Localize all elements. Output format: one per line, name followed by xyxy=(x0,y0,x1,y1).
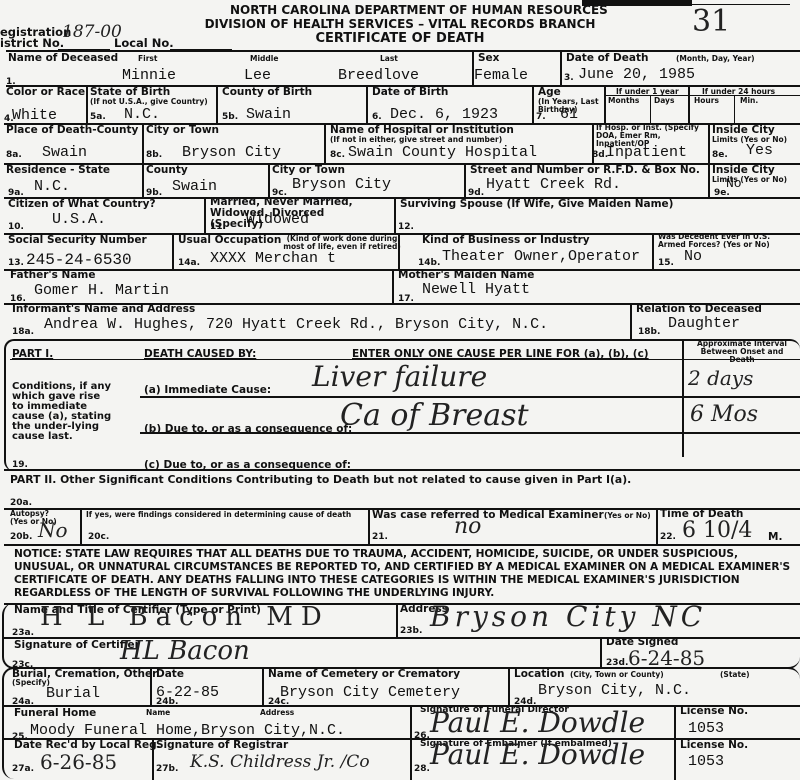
divider xyxy=(650,95,651,123)
cemetery-value: Bryson City Cemetery xyxy=(280,684,460,701)
race-value: White xyxy=(12,107,57,124)
field-number: 8e. xyxy=(712,150,728,160)
county-birth-value: Swain xyxy=(246,106,291,123)
cause-b-value: Ca of Breast xyxy=(340,398,529,433)
divider xyxy=(86,85,88,123)
field-number: 14a. xyxy=(178,258,200,268)
months-label: Months xyxy=(608,97,639,105)
time-suffix: M. xyxy=(768,532,782,543)
legal-notice: NOTICE: STATE LAW REQUIRES THAT ALL DEAT… xyxy=(14,548,794,600)
field-number: 8b. xyxy=(146,150,162,160)
armed-value: No xyxy=(684,248,702,265)
autopsy-value: No xyxy=(38,518,68,542)
mother-value: Newell Hyatt xyxy=(422,281,530,298)
divider xyxy=(560,50,562,85)
pod-county-value: Swain xyxy=(42,144,87,161)
rule xyxy=(140,432,800,434)
me-label: Was case referred to Medical Examiner xyxy=(372,510,604,521)
mother-label: Mother's Maiden Name xyxy=(398,270,534,281)
field-number: 7. xyxy=(536,112,546,122)
field-number: 27a. xyxy=(12,764,34,774)
res-street-value: Hyatt Creek Rd. xyxy=(486,176,621,193)
funeral-home-value: Moody Funeral Home,Bryson City,N.C. xyxy=(30,722,345,739)
divider xyxy=(268,163,270,197)
county-birth-label: County of Birth xyxy=(222,87,312,98)
local-no-label: Local No. xyxy=(114,38,174,49)
ssn-value: 245-24-6530 xyxy=(26,251,132,269)
business-label: Kind of Business or Industry xyxy=(422,235,590,246)
divider xyxy=(392,269,394,303)
hours-label: Hours xyxy=(694,97,719,105)
dod-label: Date of Death xyxy=(566,53,648,64)
divider xyxy=(508,667,510,705)
conditions-text: Conditions, if any which gave rise to im… xyxy=(12,382,112,442)
dod-value: June 20, 1985 xyxy=(578,66,695,83)
interval-label: Approximate Interval Between Onset and D… xyxy=(688,340,796,364)
hospital-value: Swain County Hospital xyxy=(348,144,537,161)
divider xyxy=(366,85,368,123)
burial-date-value: 6-22-85 xyxy=(156,684,219,701)
cause-a-value: Liver failure xyxy=(312,360,487,393)
divider xyxy=(410,705,412,780)
pod-city-label: City or Town xyxy=(146,125,219,136)
location-value: Bryson City, N.C. xyxy=(538,682,691,699)
divider xyxy=(652,233,654,269)
time-value: 6 10/4 xyxy=(682,518,752,543)
field-number: 20a. xyxy=(10,498,32,508)
fh-address-label: Address xyxy=(260,709,294,717)
divider xyxy=(674,705,676,780)
father-value: Gomer H. Martin xyxy=(34,282,169,299)
hospital-hint: (If not in either, give street and numbe… xyxy=(330,136,502,144)
field-number: 5a. xyxy=(90,112,106,122)
embalmer-license-value: 1053 xyxy=(688,753,724,770)
method-value: Burial xyxy=(46,685,100,702)
father-label: Father's Name xyxy=(10,270,96,281)
under-24-label: If under 24 hours xyxy=(702,88,775,96)
occupation-hint: (Kind of work done during most of life, … xyxy=(282,235,402,251)
divider xyxy=(682,339,684,457)
cause-a-interval: 2 days xyxy=(688,366,753,390)
res-city-label: City or Town xyxy=(272,165,345,176)
certifier-address-value: Bryson City NC xyxy=(430,600,706,633)
location-label: Location xyxy=(514,669,565,680)
business-value: Theater Owner,Operator xyxy=(442,248,640,265)
field-number: 5b. xyxy=(222,112,238,122)
page-number: 31 xyxy=(692,4,730,39)
method-hint: (Specify) xyxy=(12,679,50,687)
divider xyxy=(150,667,152,705)
min-label: Min. xyxy=(740,97,758,105)
funeral-home-label: Funeral Home xyxy=(14,708,96,719)
field-number: 27b. xyxy=(156,764,178,774)
race-label: Color or Race xyxy=(6,87,85,98)
pod-city-value: Bryson City xyxy=(182,144,281,161)
field-number: 22. xyxy=(660,532,676,542)
dob-value: Dec. 6, 1923 xyxy=(390,106,498,123)
me-value: no xyxy=(454,514,481,539)
rule xyxy=(6,50,800,52)
date-recd-value: 6-26-85 xyxy=(40,750,117,774)
days-label: Days xyxy=(654,97,674,105)
res-county-label: County xyxy=(146,165,188,176)
res-street-label: Street and Number or R.F.D. & Box No. xyxy=(470,165,700,176)
me-hint: (Yes or No) xyxy=(604,512,651,520)
divider xyxy=(324,123,326,163)
hosp-type-value: Inpatient xyxy=(606,144,687,161)
inside-city-9e-value: No xyxy=(726,176,742,191)
divider xyxy=(708,123,710,197)
divider xyxy=(532,85,534,123)
divider xyxy=(600,637,602,667)
field-number: 20b. xyxy=(10,532,32,542)
field-number: 8a. xyxy=(6,150,22,160)
res-state-value: N.C. xyxy=(34,178,70,195)
divider xyxy=(80,508,82,544)
state-label: (State) xyxy=(720,671,750,679)
cause-b-interval: 6 Mos xyxy=(690,402,758,427)
field-number: 11. xyxy=(210,222,226,232)
field-number: 18a. xyxy=(12,327,34,337)
divider xyxy=(262,667,264,705)
divider xyxy=(398,233,400,269)
header-department: NORTH CAROLINA DEPARTMENT OF HUMAN RESOU… xyxy=(230,3,570,17)
divider xyxy=(142,123,144,163)
rule xyxy=(4,544,800,546)
occupation-value: XXXX Merchan t xyxy=(210,250,336,267)
citizen-value: U.S.A. xyxy=(52,211,106,228)
divider xyxy=(630,303,632,339)
age-value: 61 xyxy=(560,106,578,123)
certifier-name-value: H L Bacon MD xyxy=(40,602,330,632)
divider xyxy=(394,197,396,233)
first-name: Minnie xyxy=(122,67,176,84)
relation-value: Daughter xyxy=(668,315,740,332)
divider xyxy=(142,163,144,197)
field-number: 28. xyxy=(414,764,430,774)
fh-name-label: Name xyxy=(146,709,170,717)
field-number: 8c. xyxy=(330,150,345,160)
field-number: 3. xyxy=(564,73,574,83)
field-number: 20c. xyxy=(88,532,109,542)
informant-value: Andrea W. Hughes, 720 Hyatt Creek Rd., B… xyxy=(44,316,548,333)
cemetery-label: Name of Cemetery or Crematory xyxy=(268,669,460,680)
divider xyxy=(688,85,690,123)
spouse-label: Surviving Spouse (If Wife, Give Maiden N… xyxy=(400,199,673,210)
registrar-label: Signature of Registrar xyxy=(156,740,288,751)
dod-hint: (Month, Day, Year) xyxy=(676,55,755,63)
citizen-label: Citizen of What Country? xyxy=(8,199,156,210)
armed-label: Was Decedent Ever in U.S. Armed Forces? … xyxy=(658,233,778,249)
divider xyxy=(604,85,606,123)
divider xyxy=(152,738,154,780)
dob-label: Date of Birth xyxy=(372,87,448,98)
divider xyxy=(216,85,218,123)
divider xyxy=(172,233,174,269)
field-number: 13. xyxy=(8,258,24,268)
last-name: Breedlove xyxy=(338,67,419,84)
sex-value: Female xyxy=(474,67,528,84)
certifier-signature: HL Bacon xyxy=(120,636,250,666)
inside-city-8e-value: Yes xyxy=(746,142,773,159)
location-hint: (City, Town or County) xyxy=(570,671,664,679)
middle-name: Lee xyxy=(244,67,271,84)
state-birth-hint: (If not U.S.A., give Country) xyxy=(90,98,210,106)
divider xyxy=(656,508,658,544)
field-number: 12. xyxy=(398,222,414,232)
district-label: istrict No. xyxy=(0,38,64,49)
res-state-label: Residence - State xyxy=(6,165,110,176)
first-label: First xyxy=(138,55,157,63)
findings-label: If yes, were findings considered in dete… xyxy=(86,511,351,519)
header-division: DIVISION OF HEALTH SERVICES – VITAL RECO… xyxy=(200,17,600,31)
ssn-label: Social Security Number xyxy=(8,235,147,246)
informant-label: Informant's Name and Address xyxy=(12,304,195,315)
name-label: Name of Deceased xyxy=(8,53,118,64)
director-license-value: 1053 xyxy=(688,720,724,737)
middle-label: Middle xyxy=(250,55,278,63)
field-number: 10. xyxy=(8,222,24,232)
field-number: 6. xyxy=(372,112,382,122)
embalmer-license-label: License No. xyxy=(680,740,748,751)
field-number: 21. xyxy=(372,532,388,542)
pod-county-label: Place of Death-County xyxy=(6,125,138,136)
field-number: 15. xyxy=(658,258,674,268)
part2-label: PART II. Other Significant Conditions Co… xyxy=(10,474,631,485)
field-number: 18b. xyxy=(638,327,660,337)
rule xyxy=(4,469,800,471)
header-certificate: CERTIFICATE OF DEATH xyxy=(250,31,550,46)
registrar-signature: K.S. Childress Jr. /Co xyxy=(190,752,370,772)
director-license-label: License No. xyxy=(680,706,748,717)
field-number: 14b. xyxy=(418,258,440,268)
registration-value: 187-00 xyxy=(62,22,122,42)
field-number: 23b. xyxy=(400,626,422,636)
res-county-value: Swain xyxy=(172,178,217,195)
divider xyxy=(464,163,466,197)
divider xyxy=(734,95,735,123)
divider xyxy=(368,508,370,544)
burial-date-label: Date xyxy=(156,669,184,680)
cause-a-label: (a) Immediate Cause: xyxy=(144,385,271,396)
divider xyxy=(204,197,206,233)
marital-value: Widowed xyxy=(246,211,309,228)
embalmer-signature: Paul E. Dowdle xyxy=(430,738,645,771)
divider xyxy=(396,603,398,637)
sex-label: Sex xyxy=(478,53,499,64)
res-city-value: Bryson City xyxy=(292,176,391,193)
director-signature: Paul E. Dowdle xyxy=(430,706,645,739)
inside-city-hint-2: Limits (Yes or No) xyxy=(712,176,787,184)
state-birth-value: N.C. xyxy=(124,106,160,123)
relation-label: Relation to Deceased xyxy=(636,304,762,315)
occupation-label: Usual Occupation xyxy=(178,235,281,246)
last-label: Last xyxy=(380,55,398,63)
